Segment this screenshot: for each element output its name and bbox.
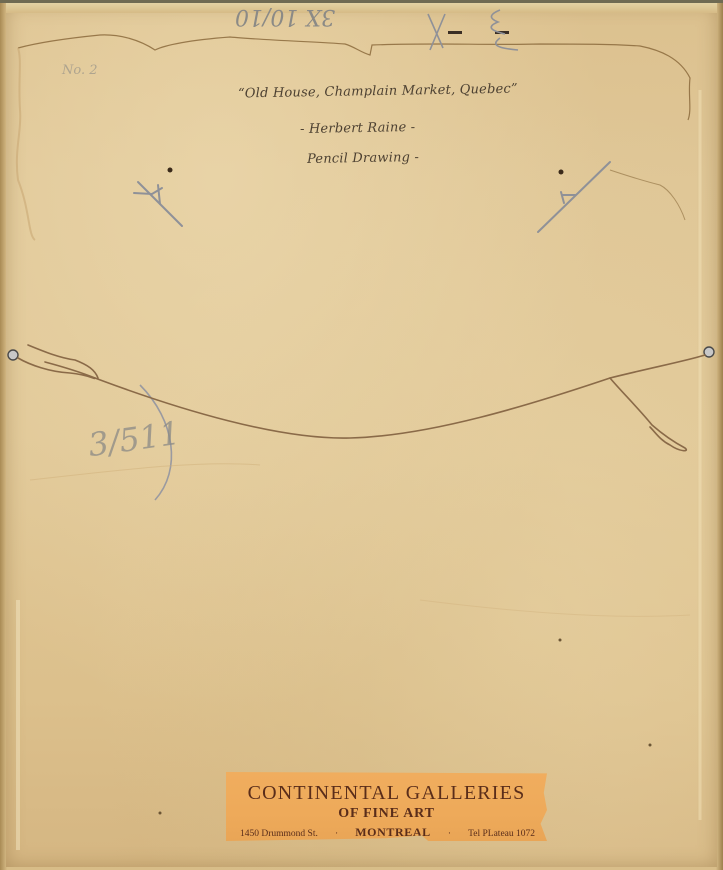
pencil-slash-right [538,162,610,232]
pencil-x-left [134,182,182,226]
pencil-mark-no-2: No. 2 [62,63,98,78]
torn-paper-edge [18,35,690,120]
gallery-name: CONTINENTAL GALLERIES [226,782,547,805]
staple [448,31,462,34]
hole-right [559,170,564,175]
screw-eye-left [8,350,18,360]
separator: · [448,829,451,839]
gallery-address: 1450 Drummond St. [240,829,318,839]
gallery-address-line: 1450 Drummond St. · MONTREAL · Tel PLate… [240,825,535,840]
medium-note: Pencil Drawing - [307,150,419,167]
gallery-subtitle: OF FINE ART [226,806,547,822]
separator: · [335,829,338,839]
hole-left [168,168,173,173]
gallery-phone: Tel PLateau 1072 [468,829,535,839]
pencil-mark-3x-10-10: 3X 10/10 [235,4,335,29]
artist-name-note: - Herbert Raine - [300,120,416,137]
gallery-label: CONTINENTAL GALLERIES OF FINE ART 1450 D… [226,772,547,841]
